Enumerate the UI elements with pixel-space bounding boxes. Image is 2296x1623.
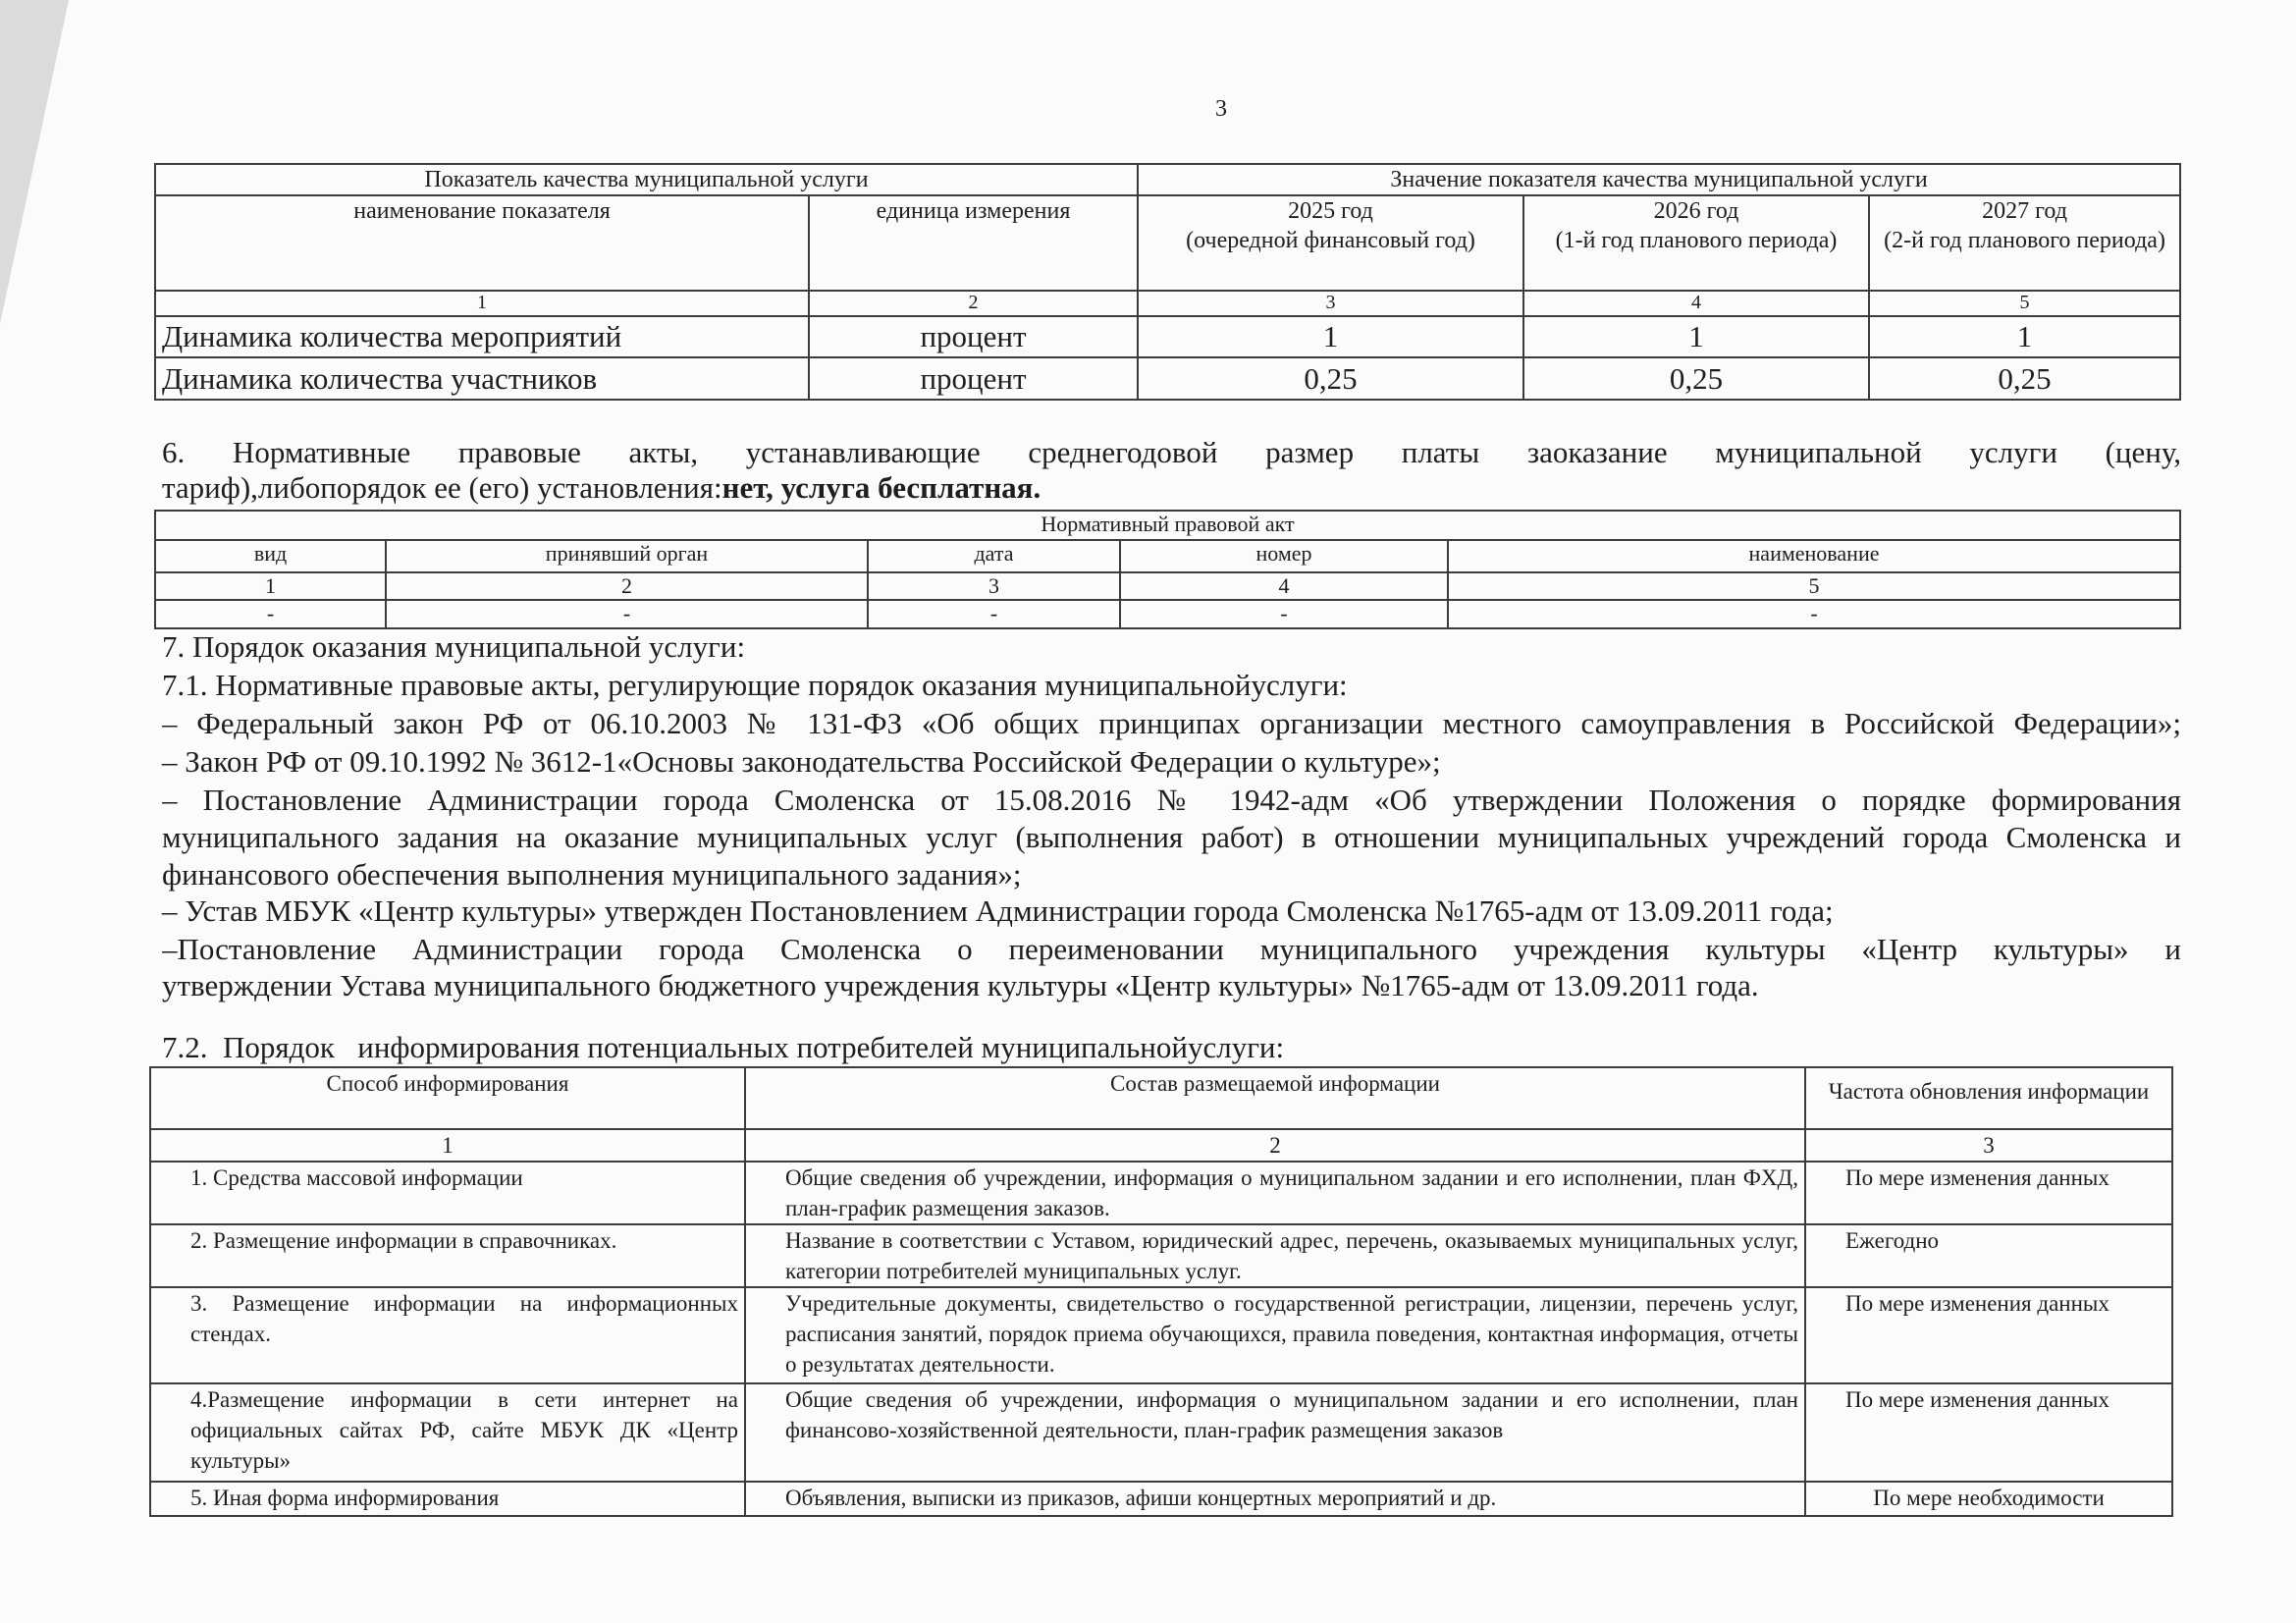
table-row: 5. Иная форма информирования Объявления,…	[150, 1482, 2172, 1516]
table-cell: процент	[809, 357, 1138, 400]
table-cell: Общие сведения об учреждении, информация…	[745, 1162, 1805, 1224]
table-cell: -	[386, 600, 868, 628]
quality-indicators-table: Показатель качества муниципальной услуги…	[154, 163, 2181, 401]
table-row: 3. Размещение информации на информационн…	[150, 1287, 2172, 1383]
table-cell: 4.Размещение информации в сети интернет …	[150, 1383, 745, 1482]
act-line: финансового обеспечения выполнения муниц…	[162, 856, 1022, 893]
column-header: Состав размещаемой информации	[745, 1067, 1805, 1129]
column-header: 2025 год (очередной финансовый год)	[1138, 195, 1523, 291]
column-header: номер	[1120, 540, 1448, 572]
column-number: 1	[155, 572, 386, 600]
column-number: 2	[745, 1129, 1805, 1162]
column-header: принявший орган	[386, 540, 868, 572]
table-cell: Динамика количества участников	[155, 357, 809, 400]
section72-heading: 7.2. Порядок информирования потенциальны…	[162, 1029, 1284, 1066]
act-line: –Постановление Администрации города Смол…	[162, 931, 2181, 968]
column-number: 2	[386, 572, 868, 600]
table-cell: 0,25	[1138, 357, 1523, 400]
act-line: – Федеральный закон РФ от 06.10.2003 № 1…	[162, 705, 2181, 742]
table-cell: Общие сведения об учреждении, информация…	[745, 1383, 1805, 1482]
column-header: Частота обновления информации	[1805, 1067, 2172, 1129]
table-cell: По мере изменения данных	[1805, 1383, 2172, 1482]
table-row: 1. Средства массовой информации Общие св…	[150, 1162, 2172, 1224]
column-number: 3	[1138, 291, 1523, 316]
table-cell: По мере необходимости	[1805, 1482, 2172, 1516]
table-cell: 1	[1138, 316, 1523, 357]
column-number: 1	[155, 291, 809, 316]
act-line: – Устав МБУК «Центр культуры» утвержден …	[162, 893, 1834, 930]
column-header: Способ информирования	[150, 1067, 745, 1129]
column-header: 2026 год (1-й год планового периода)	[1523, 195, 1869, 291]
document-page: 3 Показатель качества муниципальной услу…	[0, 0, 2296, 1623]
table-cell: -	[155, 600, 386, 628]
section6-answer: нет, услуга бесплатная.	[722, 470, 1041, 505]
page-fold-shadow	[0, 0, 69, 324]
act-line: – Закон РФ от 09.10.1992 № 3612-1«Основы…	[162, 743, 1441, 781]
table-cell: По мере изменения данных	[1805, 1287, 2172, 1383]
table-cell: Название в соответствии с Уставом, юриди…	[745, 1224, 1805, 1287]
table-cell: Учредительные документы, свидетельство о…	[745, 1287, 1805, 1383]
table-cell: 1	[1523, 316, 1869, 357]
table-row: Динамика количества участников процент 0…	[155, 357, 2180, 400]
column-number: 2	[809, 291, 1138, 316]
column-number: 5	[1448, 572, 2180, 600]
page-number: 3	[1215, 96, 1227, 123]
section71-heading: 7.1. Нормативные правовые акты, регулиру…	[162, 667, 1348, 704]
table-row: 2. Размещение информации в справочниках.…	[150, 1224, 2172, 1287]
column-header: единица измерения	[809, 195, 1138, 291]
column-header: наименование показателя	[155, 195, 809, 291]
legal-acts-table: Нормативный правовой акт вид принявший о…	[154, 510, 2181, 629]
table-cell: Объявления, выписки из приказов, афиши к…	[745, 1482, 1805, 1516]
table-cell: -	[1120, 600, 1448, 628]
table-cell: -	[868, 600, 1120, 628]
column-header: дата	[868, 540, 1120, 572]
column-header: вид	[155, 540, 386, 572]
group-header-value: Значение показателя качества муниципальн…	[1138, 164, 2180, 195]
table-row: Динамика количества мероприятий процент …	[155, 316, 2180, 357]
section6-text: тариф),либопорядок ее (его) установления…	[162, 470, 722, 505]
table-cell: 1. Средства массовой информации	[150, 1162, 745, 1224]
group-header-indicator: Показатель качества муниципальной услуги	[155, 164, 1138, 195]
table-cell: процент	[809, 316, 1138, 357]
group-header: Нормативный правовой акт	[155, 511, 2180, 540]
section6-heading-line2: тариф),либопорядок ее (его) установления…	[162, 469, 1041, 507]
information-methods-table: Способ информирования Состав размещаемой…	[149, 1066, 2173, 1517]
table-cell: Динамика количества мероприятий	[155, 316, 809, 357]
column-number: 1	[150, 1129, 745, 1162]
column-number: 3	[868, 572, 1120, 600]
column-number: 3	[1805, 1129, 2172, 1162]
table-cell: 2. Размещение информации в справочниках.	[150, 1224, 745, 1287]
table-cell: 0,25	[1523, 357, 1869, 400]
column-number: 4	[1523, 291, 1869, 316]
table-row: - - - - -	[155, 600, 2180, 628]
table-cell: -	[1448, 600, 2180, 628]
table-cell: 0,25	[1869, 357, 2180, 400]
act-line: – Постановление Администрации города Смо…	[162, 782, 2181, 819]
table-cell: 1	[1869, 316, 2180, 357]
table-cell: 5. Иная форма информирования	[150, 1482, 745, 1516]
act-line: муниципального задания на оказание муниц…	[162, 819, 2181, 856]
table-row: 4.Размещение информации в сети интернет …	[150, 1383, 2172, 1482]
column-header: 2027 год (2-й год планового периода)	[1869, 195, 2180, 291]
table-cell: Ежегодно	[1805, 1224, 2172, 1287]
act-line: утверждении Устава муниципального бюджет…	[162, 967, 1759, 1004]
column-number: 5	[1869, 291, 2180, 316]
section7-heading: 7. Порядок оказания муниципальной услуги…	[162, 628, 745, 666]
column-header: наименование	[1448, 540, 2180, 572]
table-cell: По мере изменения данных	[1805, 1162, 2172, 1224]
column-number: 4	[1120, 572, 1448, 600]
section6-heading-line1: 6. Нормативные правовые акты, устанавлив…	[162, 434, 2181, 471]
table-cell: 3. Размещение информации на информационн…	[150, 1287, 745, 1383]
